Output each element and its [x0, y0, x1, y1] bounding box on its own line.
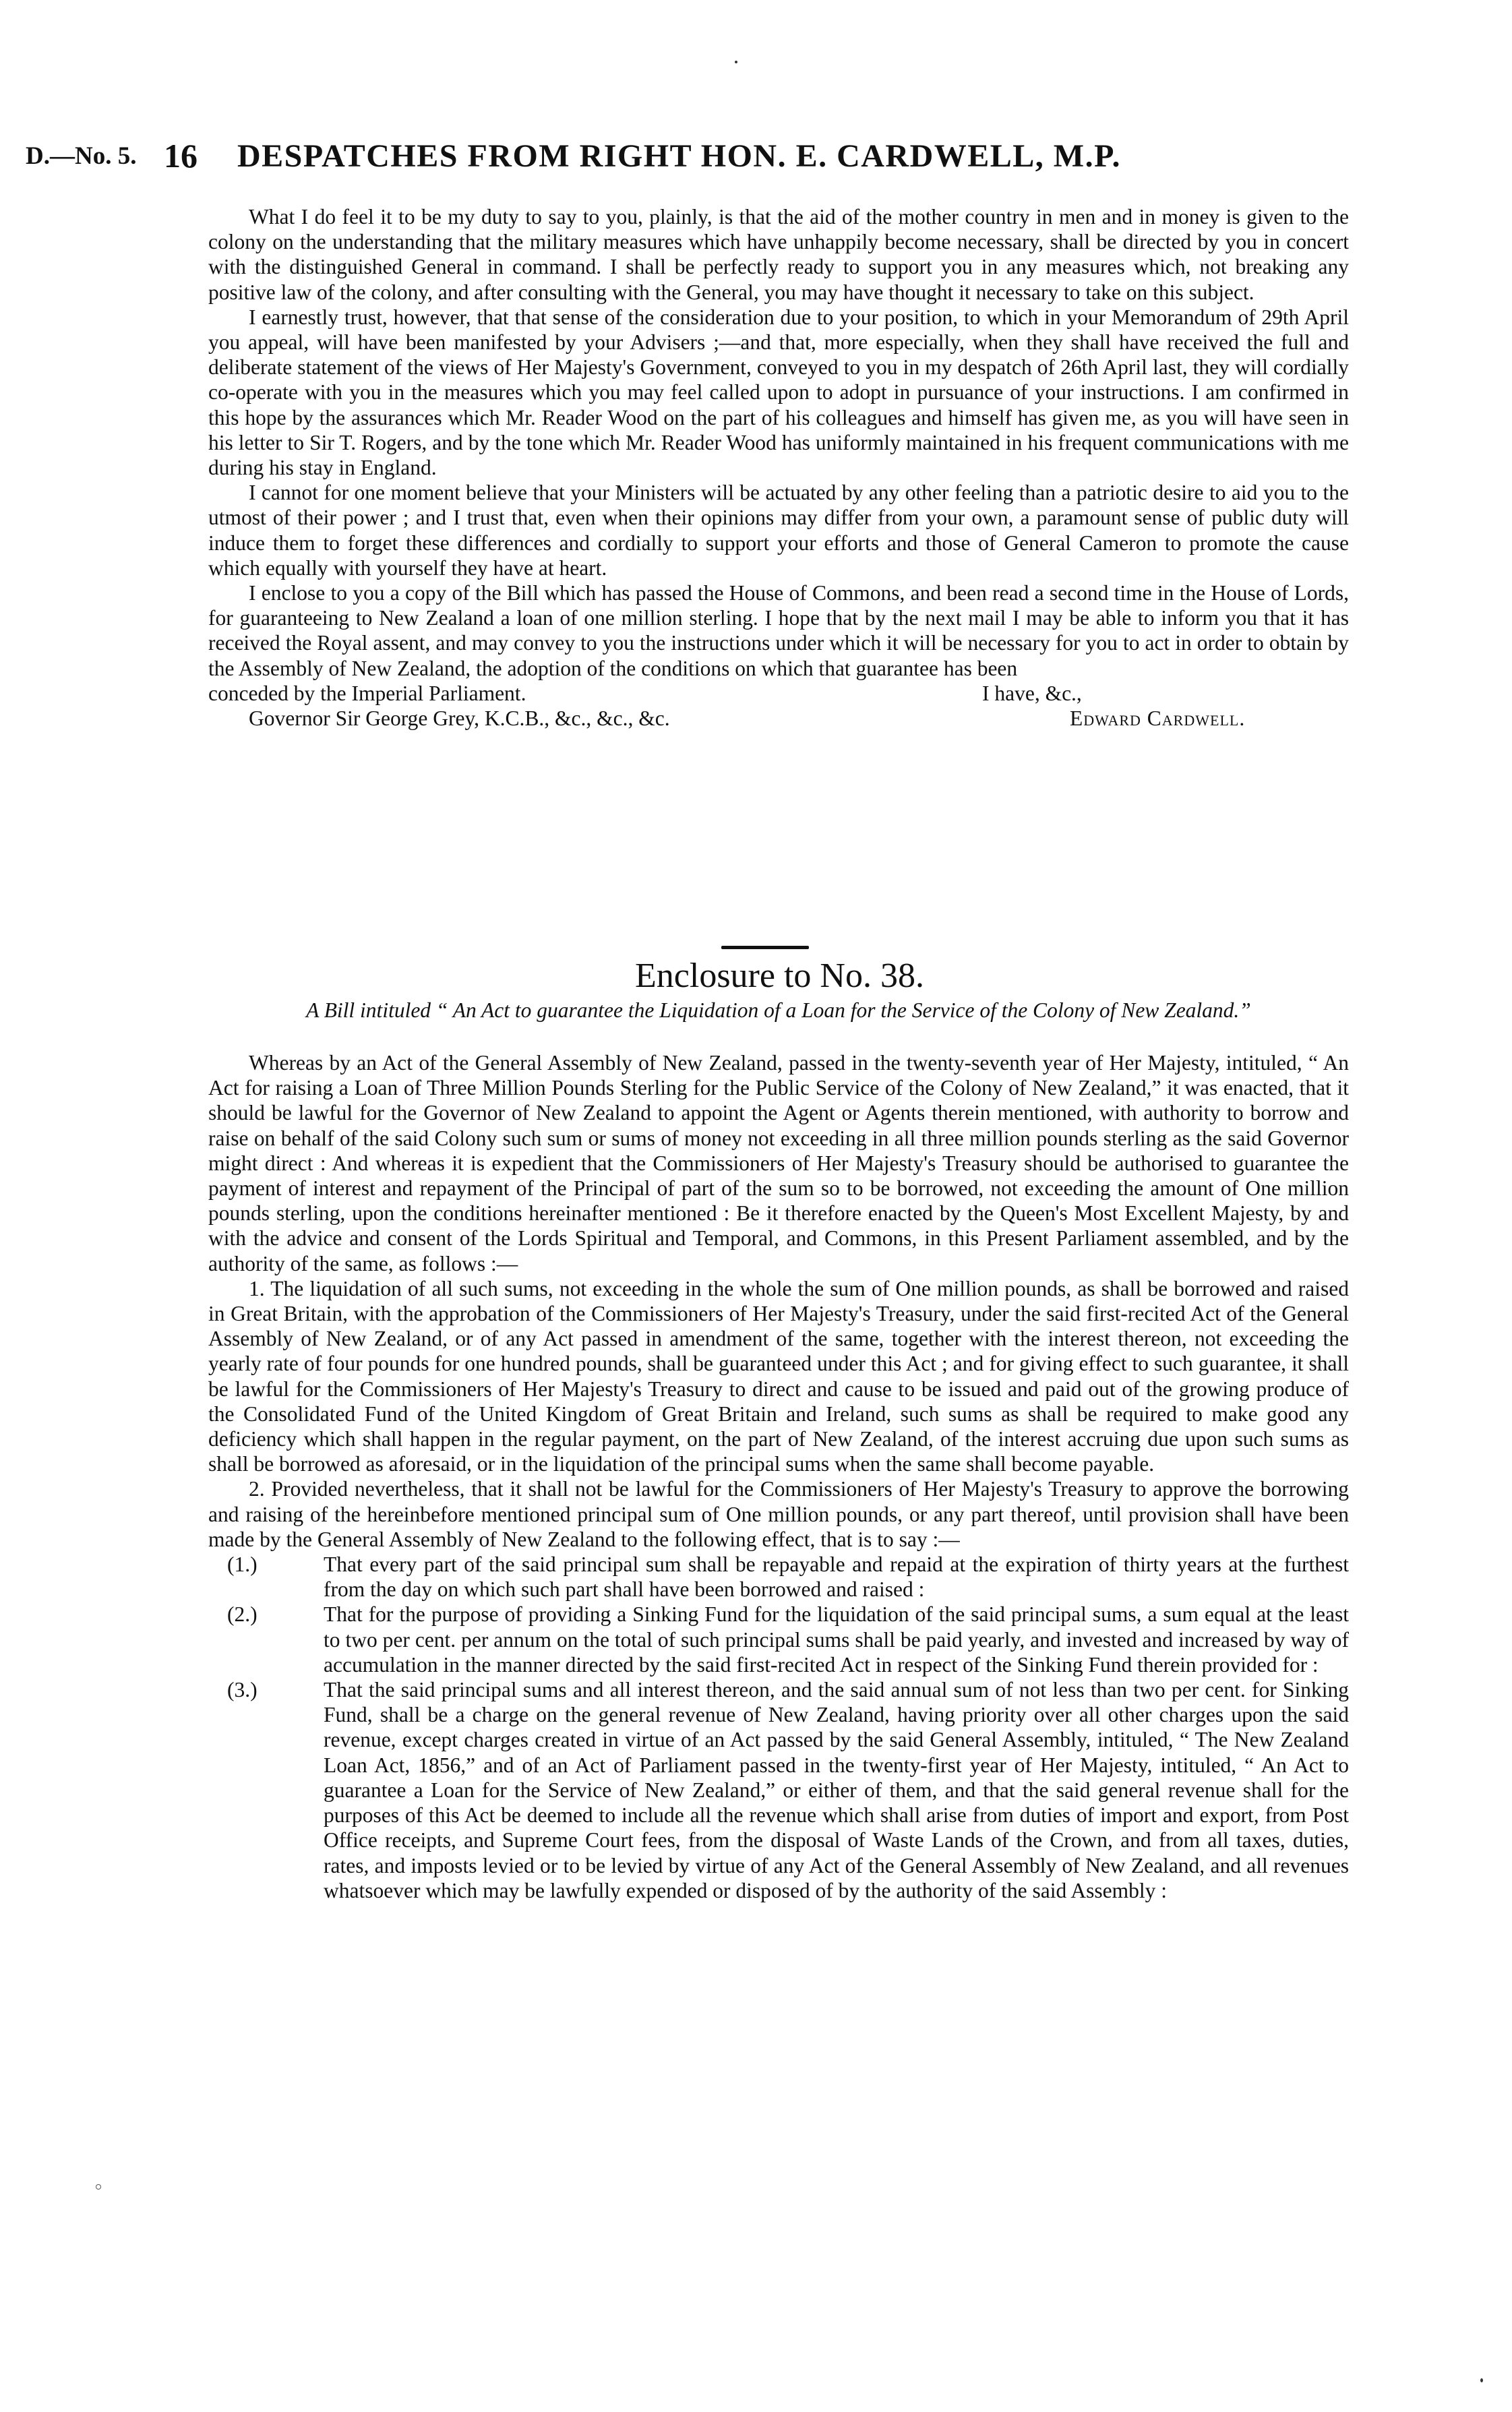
running-head: D.—No. 5. 16 DESPATCHES FROM RIGHT HON. …	[0, 136, 1512, 177]
bill-body: Whereas by an Act of the General Assembl…	[208, 1050, 1349, 1903]
page-title: DESPATCHES FROM RIGHT HON. E. CARDWELL, …	[237, 138, 1121, 175]
proviso-item: (2.) That for the purpose of providing a…	[208, 1602, 1349, 1677]
letter-paragraph: What I do feel it to be my duty to say t…	[208, 204, 1349, 305]
proviso-text: That the said principal sums and all int…	[324, 1678, 1349, 1902]
print-speck	[96, 2184, 101, 2190]
enclosure-heading: Enclosure to No. 38.	[0, 956, 1512, 996]
document-reference: D.—No. 5.	[26, 142, 136, 171]
bill-title: A Bill intituled “ An Act to guarantee t…	[222, 998, 1335, 1023]
addressee: Governor Sir George Grey, K.C.B., &c., &…	[249, 706, 670, 731]
letter-paragraph: I earnestly trust, however, that that se…	[208, 305, 1349, 480]
proviso-text: That for the purpose of providing a Sink…	[324, 1602, 1349, 1676]
print-speck	[1480, 2378, 1483, 2382]
proviso-label: (1.)	[227, 1552, 258, 1577]
signature: Edward Cardwell.	[1070, 706, 1245, 731]
section-divider	[721, 946, 809, 949]
proviso-label: (2.)	[227, 1602, 258, 1627]
bill-section-1: 1. The liquidation of all such sums, not…	[208, 1276, 1349, 1477]
bill-section-2: 2. Provided nevertheless, that it shall …	[208, 1476, 1349, 1552]
proviso-item: (1.) That every part of the said princip…	[208, 1552, 1349, 1602]
letter-body: What I do feel it to be my duty to say t…	[208, 204, 1349, 731]
bill-preamble: Whereas by an Act of the General Assembl…	[208, 1050, 1349, 1276]
last-line: conceded by the Imperial Parliament.	[208, 681, 526, 706]
closing-row: conceded by the Imperial Parliament. I h…	[208, 681, 1349, 706]
signature-row: Governor Sir George Grey, K.C.B., &c., &…	[208, 706, 1349, 731]
letter-paragraph: I enclose to you a copy of the Bill whic…	[208, 580, 1349, 681]
proviso-label: (3.)	[227, 1677, 258, 1702]
proviso-text: That every part of the said principal su…	[324, 1552, 1349, 1601]
proviso-item: (3.) That the said principal sums and al…	[208, 1677, 1349, 1903]
letter-paragraph: I cannot for one moment believe that you…	[208, 480, 1349, 580]
closing-formula: I have, &c.,	[982, 681, 1082, 706]
document-page: D.—No. 5. 16 DESPATCHES FROM RIGHT HON. …	[0, 0, 1512, 2412]
print-speck	[735, 61, 737, 63]
page-number: 16	[164, 136, 198, 175]
